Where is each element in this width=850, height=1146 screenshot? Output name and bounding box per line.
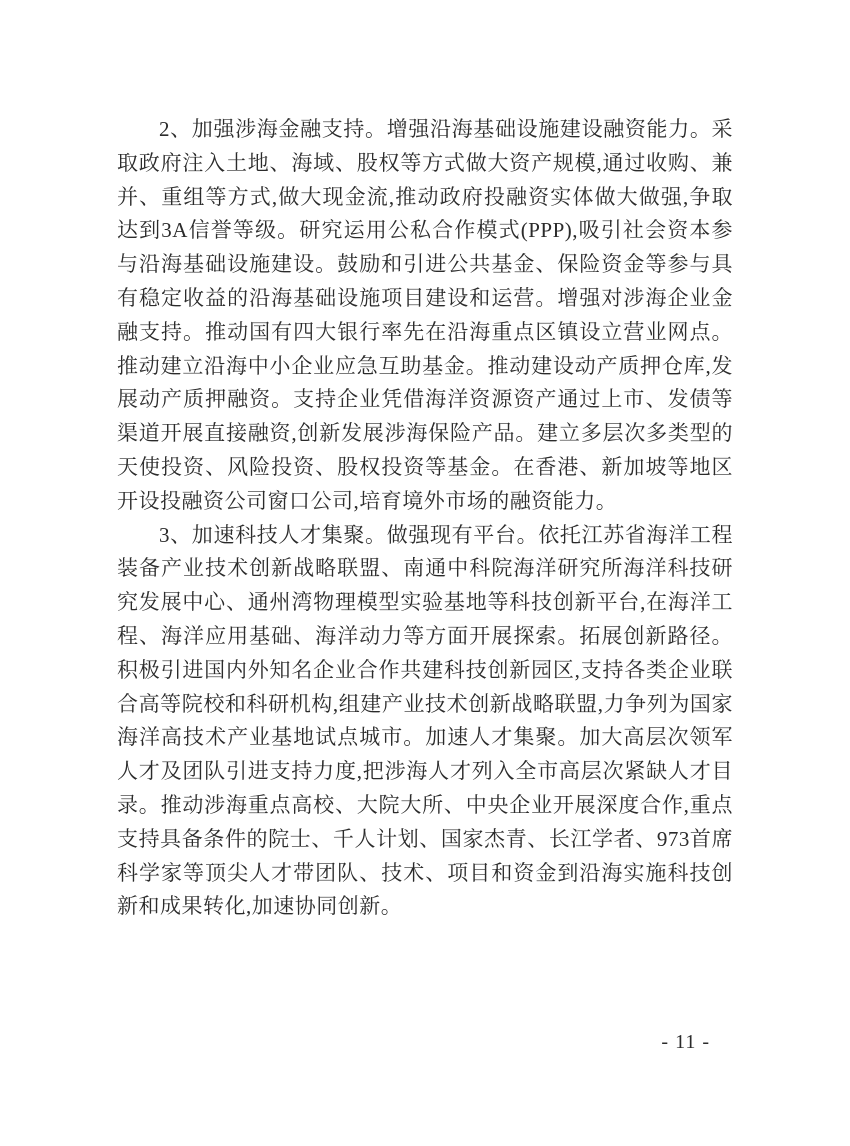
page-number: - 11 - — [661, 1031, 710, 1054]
document-page: 2、加强涉海金融支持。增强沿海基础设施建设融资能力。采取政府注入土地、海域、股权… — [0, 0, 850, 1146]
paragraph-talent-gathering: 3、加速科技人才集聚。做强现有平台。依托江苏省海洋工程装备产业技术创新战略联盟、… — [117, 519, 733, 925]
paragraph-finance-support: 2、加强涉海金融支持。增强沿海基础设施建设融资能力。采取政府注入土地、海域、股权… — [117, 113, 733, 519]
body-text: 2、加强涉海金融支持。增强沿海基础设施建设融资能力。采取政府注入土地、海域、股权… — [117, 113, 733, 924]
